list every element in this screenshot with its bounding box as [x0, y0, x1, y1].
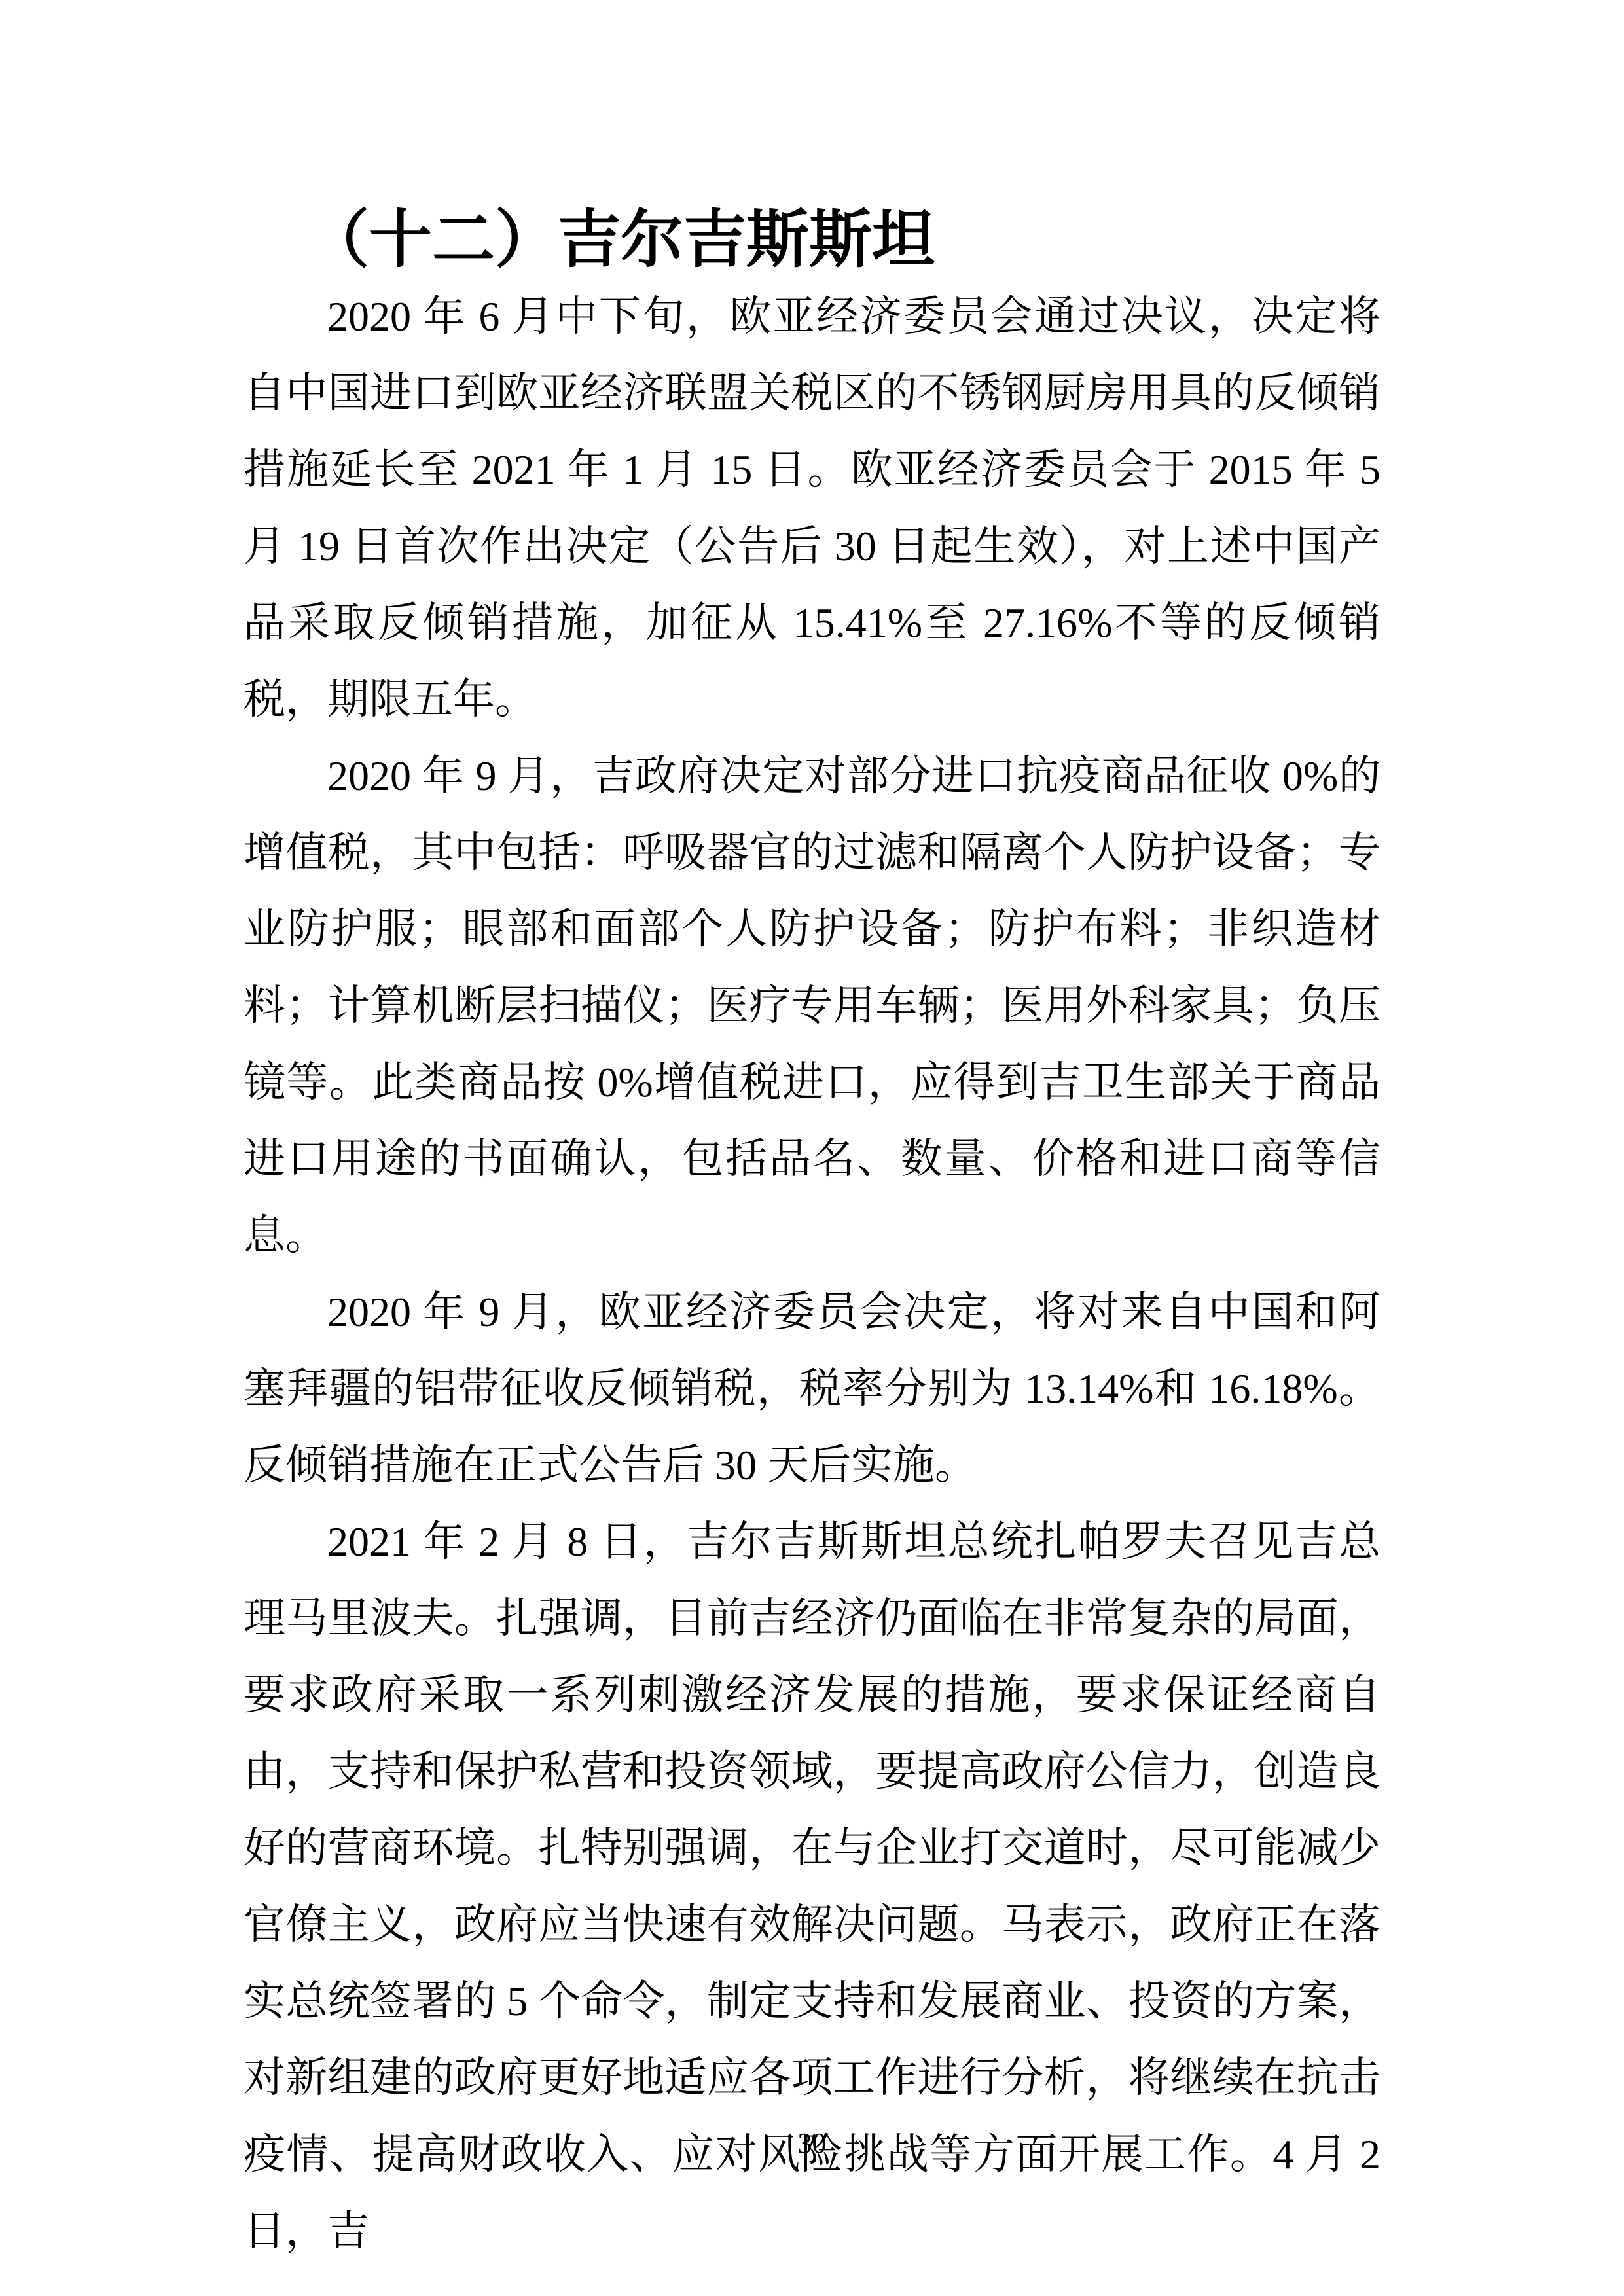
- page-number: 30: [798, 2127, 827, 2159]
- section-heading: （十二）吉尔吉斯斯坦: [244, 202, 1380, 278]
- page-footer: 30: [0, 2124, 1624, 2163]
- document-page: （十二）吉尔吉斯斯坦 2020 年 6 月中下旬，欧亚经济委员会通过决议，决定将…: [0, 0, 1624, 2296]
- paragraph: 2020 年 6 月中下旬，欧亚经济委员会通过决议，决定将自中国进口到欧亚经济联…: [244, 278, 1380, 738]
- paragraph: 2020 年 9 月，欧亚经济委员会决定，将对来自中国和阿塞拜疆的铝带征收反倾销…: [244, 1274, 1380, 1503]
- document-content: （十二）吉尔吉斯斯坦 2020 年 6 月中下旬，欧亚经济委员会通过决议，决定将…: [0, 0, 1624, 2269]
- paragraph: 2020 年 9 月，吉政府决定对部分进口抗疫商品征收 0%的增值税，其中包括：…: [244, 738, 1380, 1274]
